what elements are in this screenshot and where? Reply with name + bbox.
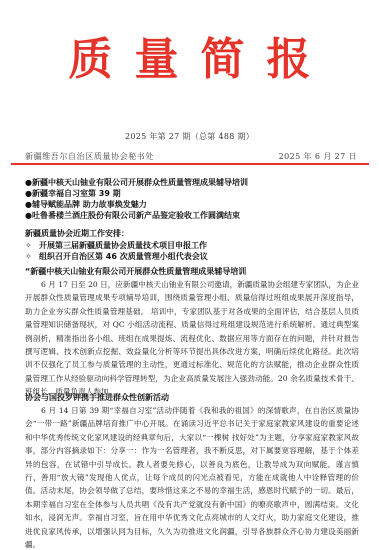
article-title: “新疆中核天山铀业有限公司开展群众性质量管理成果辅导培训 <box>25 265 359 278</box>
article-title: 协会与国投罗钾携手推进群众性创新活动 <box>25 391 359 404</box>
diamond-bullet-icon: ✧ <box>25 240 39 252</box>
header-divider <box>11 163 369 165</box>
work-plan-heading: 新疆质量协会近期工作安排： <box>25 228 365 240</box>
article-body: 6 月 17 日至 20 日，应新疆中核天山铀业有限公司邀请，新疆质量协会组建专… <box>25 278 359 399</box>
publisher-name: 新疆维吾尔自治区质量协会秘书处 <box>25 151 154 162</box>
article-uranium-training: “新疆中核天山铀业有限公司开展群众性质量管理成果辅导培训 6 月 17 日至 2… <box>25 265 359 399</box>
headline-item: ●吐鲁番楼兰酒庄股份有限公司新产品鉴定验收工作圆满结束 <box>25 210 365 221</box>
headline-list: ●新疆中核天山铀业有限公司开展群众性质量管理成果辅导培训 ●新疆幸福自习室第 3… <box>25 177 365 221</box>
diamond-bullet-icon: ✧ <box>25 251 39 263</box>
work-plan-item: ✧组织召开自治区第 46 次质量管理小组代表会议 <box>25 251 365 263</box>
headline-item: ●新疆幸福自习室第 39 期 <box>25 188 365 199</box>
work-plan-item-text: 组织召开自治区第 46 次质量管理小组代表会议 <box>39 252 208 261</box>
work-plan-section: 新疆质量协会近期工作安排： ✧开展第三届新疆质量协会质量技术项目申报工作 ✧组织… <box>25 228 365 263</box>
work-plan-item: ✧开展第三届新疆质量协会质量技术项目申报工作 <box>25 240 365 252</box>
article-happiness-study-room: 协会与国投罗钾携手推进群众性创新活动 6 月 14 日第 39 期“幸福自习室”… <box>25 391 359 550</box>
work-plan-item-text: 开展第三届新疆质量协会质量技术项目申报工作 <box>39 241 207 250</box>
issue-number: 2025 年第 27 期（总第 488 期） <box>0 131 379 142</box>
newsletter-title: 质量简报 <box>0 35 379 85</box>
headline-item: ●新疆中核天山铀业有限公司开展群众性质量管理成果辅导培训 <box>25 177 365 188</box>
headline-item: ●辅导赋能品牌 助力故事焕发魅力 <box>25 199 365 210</box>
publication-date: 2025 年 6 月 27 日 <box>279 151 357 162</box>
article-body: 6 月 14 日第 39 期“幸福自习室”活动伴随着《我和我的祖国》的深情歌声，… <box>25 404 359 550</box>
